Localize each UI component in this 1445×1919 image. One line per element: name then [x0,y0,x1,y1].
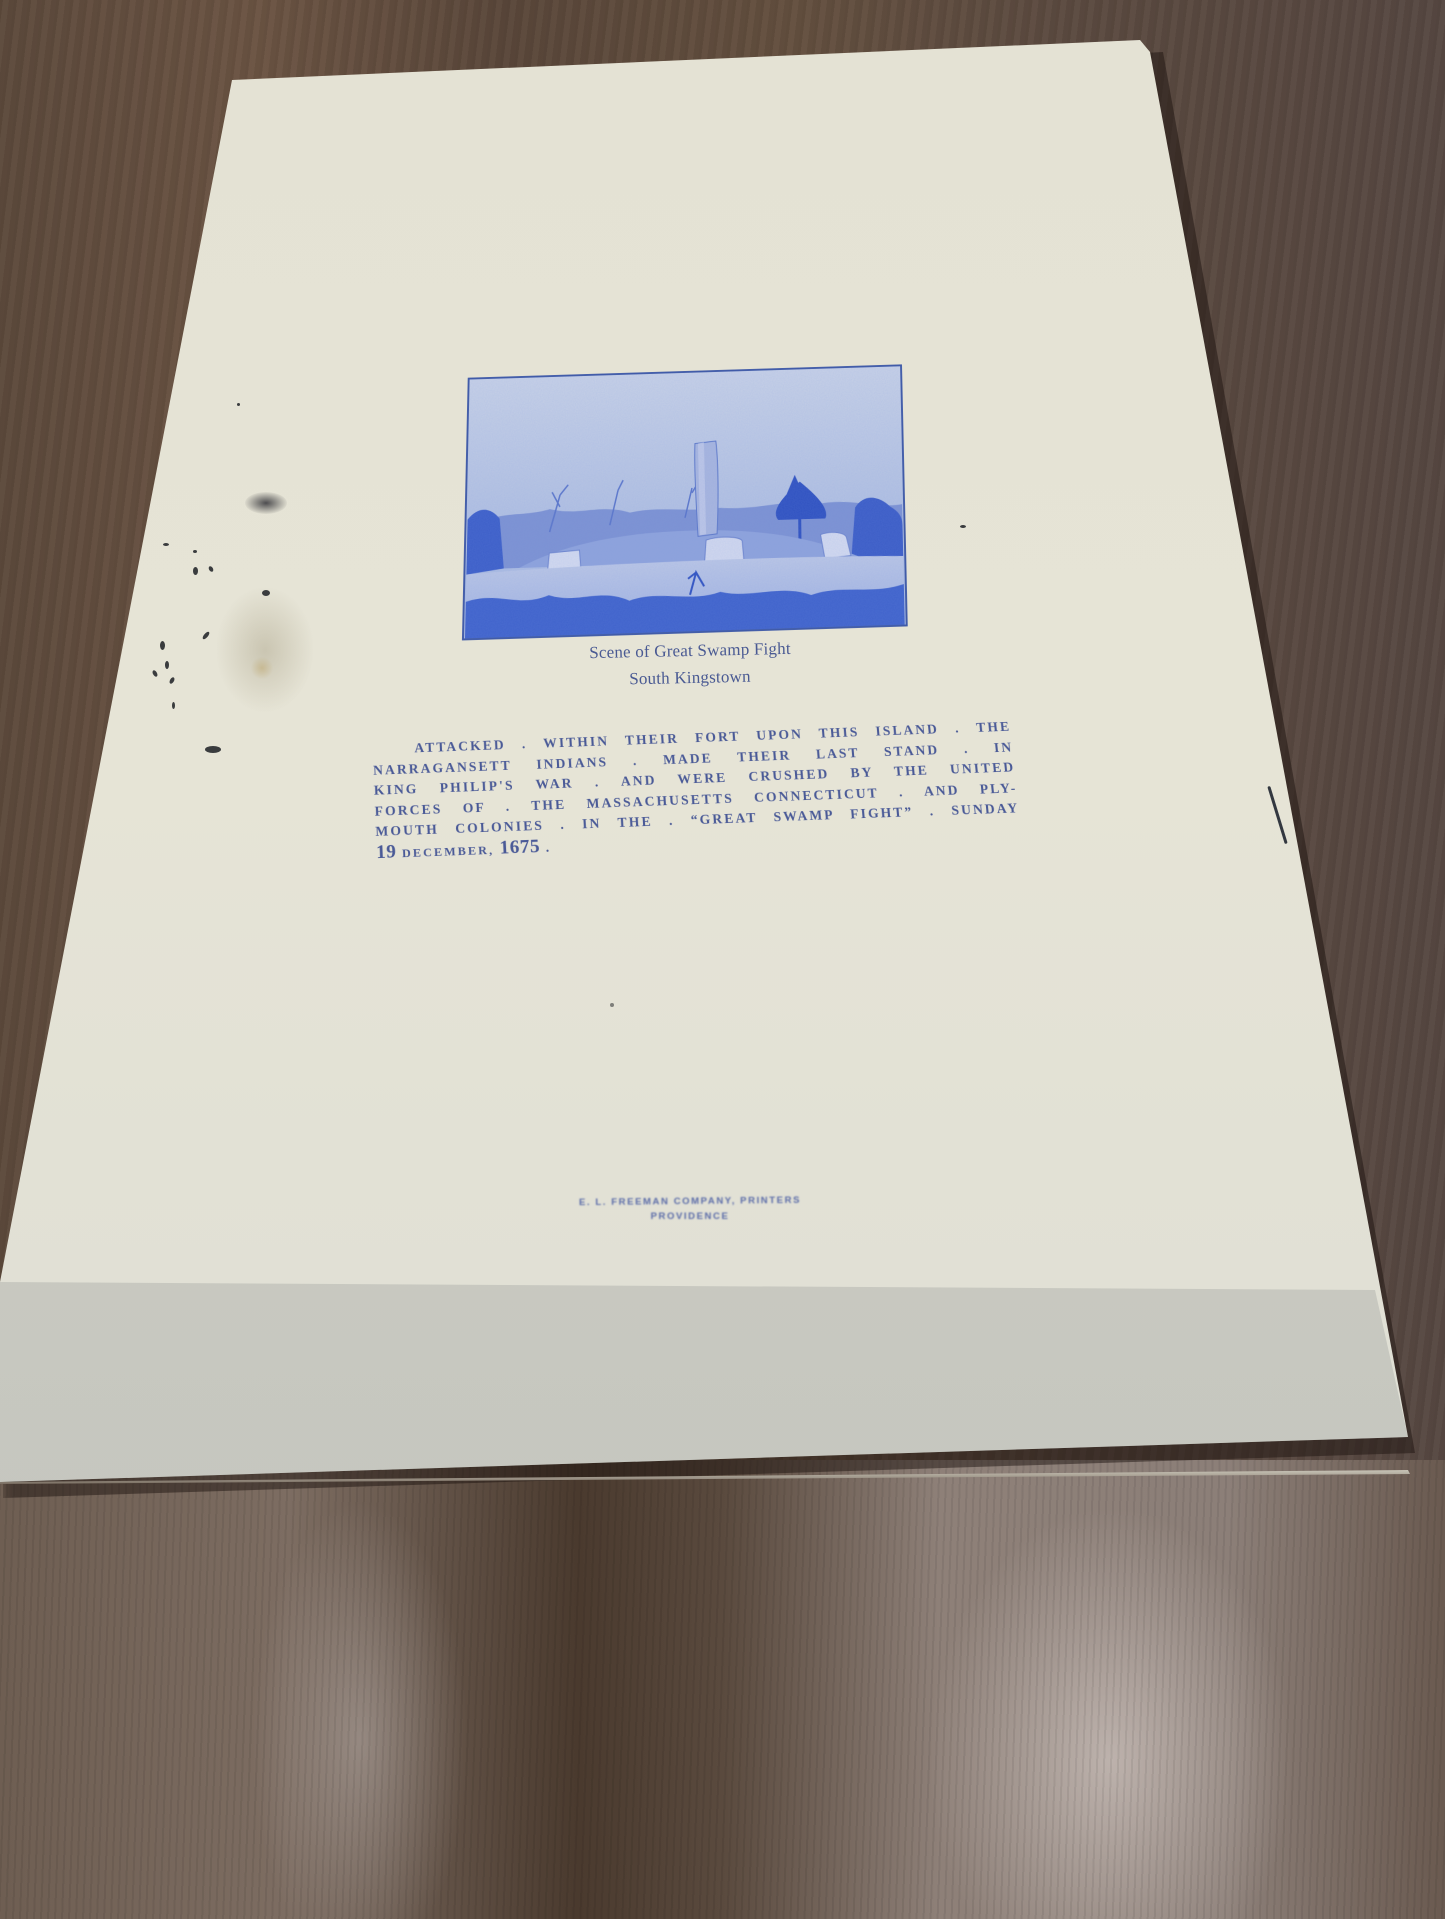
date-month: DECEMBER, [402,842,495,860]
speck [205,746,221,753]
speck [165,661,169,669]
printer-city: PROVIDENCE [550,1211,830,1222]
speck [262,590,270,596]
speck [237,403,240,406]
monument-scene-image [457,359,913,645]
speck [163,543,169,546]
speck [160,641,165,650]
speck [193,550,197,553]
engraving-illustration [457,359,913,645]
memorial-inscription: ATTACKED . WITHIN THEIR FORT UPON THIS I… [372,717,1023,864]
speck [610,1003,614,1007]
wooden-table-surface [0,1460,1445,1919]
speck [193,567,198,575]
speck [960,525,966,528]
date-end: . [540,839,552,855]
ink-smudge [245,492,287,514]
speck [172,702,175,709]
date-year: 1675 [499,835,540,858]
date-day: 19 [376,841,397,863]
wood-grain [0,1460,1445,1919]
